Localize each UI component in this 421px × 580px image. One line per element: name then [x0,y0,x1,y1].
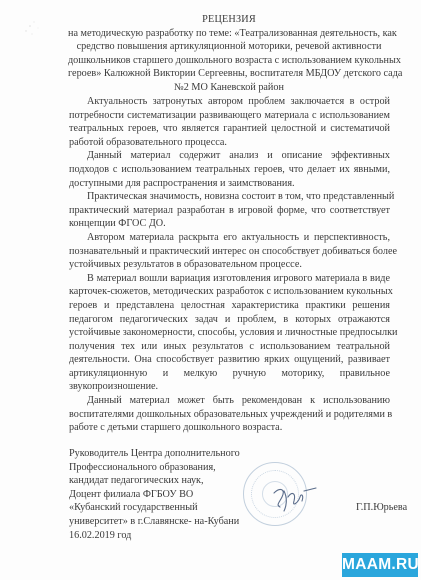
text-line: потребности систематизации развивающего … [69,109,390,123]
text-line: звукопроизношение. [69,380,390,394]
text-line: воспитателями дошкольных образовательных… [69,408,390,422]
text-line: театральных героев, что является гаранти… [69,122,390,136]
text-line: Данный материал содержит анализ и описан… [69,149,390,163]
text-line: работе с детьми старшего дошкольного воз… [69,421,390,435]
subtitle-line: средство повышения артикуляционной мотор… [68,40,390,54]
text-line: практический материал разработан в игров… [69,204,390,218]
paragraph-content: Данный материал содержит анализ и описан… [69,149,390,190]
paragraph-practical-value: Практическая значимость, новизна состоит… [69,190,390,231]
signer-name: Г.П.Юрьева [356,502,407,513]
text-line: устойчивых результатов в образовательном… [69,258,390,272]
text-line: Актуальность затронутых автором проблем … [69,95,390,109]
signer-position-line: Доцент филиала ФГБОУ ВО [69,488,240,502]
maam-logo[interactable]: MAAM.RU [342,553,418,577]
handwritten-signature [270,483,318,513]
signer-position-line: кандидат педагогических наук, [69,474,240,488]
document-header: РЕЦЕНЗИЯ на методическую разработку по т… [68,13,390,95]
text-line: Практическая значимость, новизна состоит… [69,190,390,204]
paragraph-materials: В материал вошли вариация изготовления и… [69,272,390,394]
text-line: концепции ФГОС ДО. [69,217,390,231]
text-line: получения тех или иных результатов с исп… [69,340,390,354]
signer-position-line: «Кубанский государственный [69,501,240,515]
text-line: педагогом педагогических задач и проблем… [69,313,390,327]
text-line: артикуляционную и мелкую ручную моторику… [69,367,390,381]
paragraph-recommendation: Данный материал может быть рекомендован … [69,394,390,435]
subtitle-line: дошкольников старшего дошкольного возрас… [68,54,390,68]
signer-position-line: Руководитель Центра дополнительного [69,447,240,461]
subtitle-line: героев» Калюжной Виктории Сергеевны, вос… [68,67,390,81]
text-line: познавательный и практический интерес он… [69,245,390,259]
subtitle-line: №2 МО Каневской район [68,81,390,95]
text-line: доступными для распространения и заимств… [69,177,390,191]
document-title: РЕЦЕНЗИЯ [68,13,390,27]
text-line: карточек-сюжетов, методических разработо… [69,285,390,299]
signature-block: Руководитель Центра дополнительного Проф… [69,447,240,529]
text-line: подходов с использованием театральных ге… [69,163,390,177]
subtitle-line: на методическую разработку по теме: «Теа… [68,27,390,41]
text-line: Автором материала раскрыта его актуально… [69,231,390,245]
paragraph-relevance: Актуальность затронутых автором проблем … [69,95,390,149]
scan-noise [20,16,60,46]
text-line: деятельности. Она способствует развитию … [69,353,390,367]
text-line: В материал вошли вариация изготовления и… [69,272,390,286]
text-line: Данный материал может быть рекомендован … [69,394,390,408]
text-line: героев и представлена целостная характер… [69,299,390,313]
document-body: Актуальность затронутых автором проблем … [69,95,390,435]
text-line: устойчивые закономерности, способы, усло… [69,326,390,340]
signer-position-line: Профессионального образования, [69,461,240,475]
document-date: 16.02.2019 год [69,530,131,541]
signer-position-line: университет» в г.Славянске- на-Кубани [69,515,240,529]
paragraph-author: Автором материала раскрыта его актуально… [69,231,390,272]
document-page: РЕЦЕНЗИЯ на методическую разработку по т… [0,0,421,580]
text-line: работой образовательного процесса. [69,136,390,150]
